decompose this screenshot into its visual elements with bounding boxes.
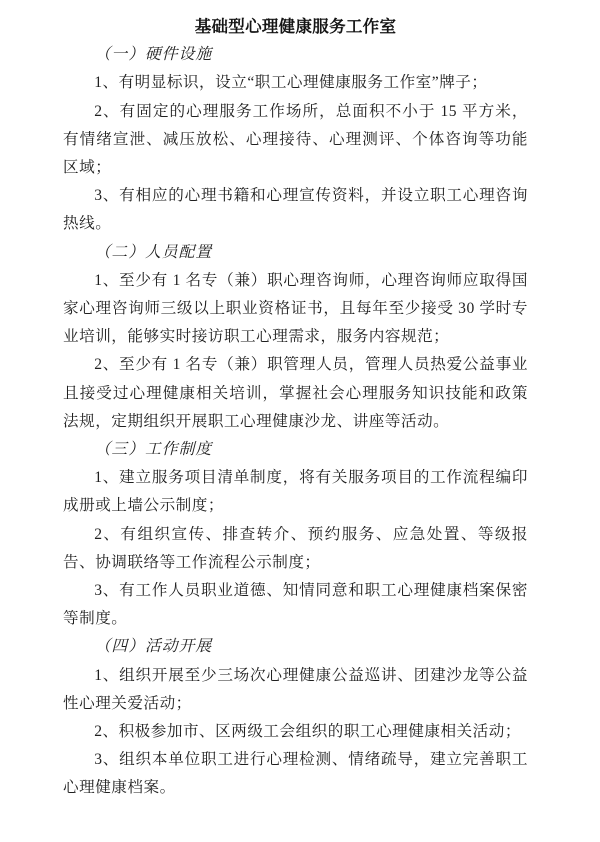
paragraph: 1、建立服务项目清单制度，将有关服务项目的工作流程编印成册或上墙公示制度； xyxy=(63,464,528,520)
paragraph: 2、至少有 1 名专（兼）职管理人员，管理人员热爱公益事业且接受过心理健康相关培… xyxy=(63,351,528,436)
paragraph: 3、有工作人员职业道德、知情同意和职工心理健康档案保密等制度。 xyxy=(63,577,528,633)
paragraph: 1、至少有 1 名专（兼）职心理咨询师，心理咨询师应取得国家心理咨询师三级以上职… xyxy=(63,267,528,352)
paragraph: 3、有相应的心理书籍和心理宣传资料，并设立职工心理咨询热线。 xyxy=(63,182,528,238)
document-page: 基础型心理健康服务工作室 （一）硬件设施 1、有明显标识，设立“职工心理健康服务… xyxy=(0,0,600,842)
section-heading: （四）活动开展 xyxy=(63,633,528,661)
paragraph: 2、积极参加市、区两级工会组织的职工心理健康相关活动； xyxy=(63,718,528,746)
section-heading: （三）工作制度 xyxy=(63,436,528,464)
section-heading: （二）人员配置 xyxy=(63,239,528,267)
paragraph: 1、有明显标识，设立“职工心理健康服务工作室”牌子； xyxy=(63,69,528,97)
paragraph: 2、有固定的心理服务工作场所，总面积不小于 15 平方米，有情绪宣泄、减压放松、… xyxy=(63,98,528,183)
section-work-rules: （三）工作制度 1、建立服务项目清单制度，将有关服务项目的工作流程编印成册或上墙… xyxy=(63,436,528,633)
paragraph: 3、组织本单位职工进行心理检测、情绪疏导，建立完善职工心理健康档案。 xyxy=(63,746,528,802)
page-title: 基础型心理健康服务工作室 xyxy=(63,13,528,41)
section-activities: （四）活动开展 1、组织开展至少三场次心理健康公益巡讲、团建沙龙等公益性心理关爱… xyxy=(63,633,528,802)
section-heading: （一）硬件设施 xyxy=(63,41,528,69)
paragraph: 2、有组织宣传、排查转介、预约服务、应急处置、等级报告、协调联络等工作流程公示制… xyxy=(63,521,528,577)
section-staffing: （二）人员配置 1、至少有 1 名专（兼）职心理咨询师，心理咨询师应取得国家心理… xyxy=(63,239,528,436)
paragraph: 1、组织开展至少三场次心理健康公益巡讲、团建沙龙等公益性心理关爱活动； xyxy=(63,662,528,718)
section-hardware: （一）硬件设施 1、有明显标识，设立“职工心理健康服务工作室”牌子； 2、有固定… xyxy=(63,41,528,238)
